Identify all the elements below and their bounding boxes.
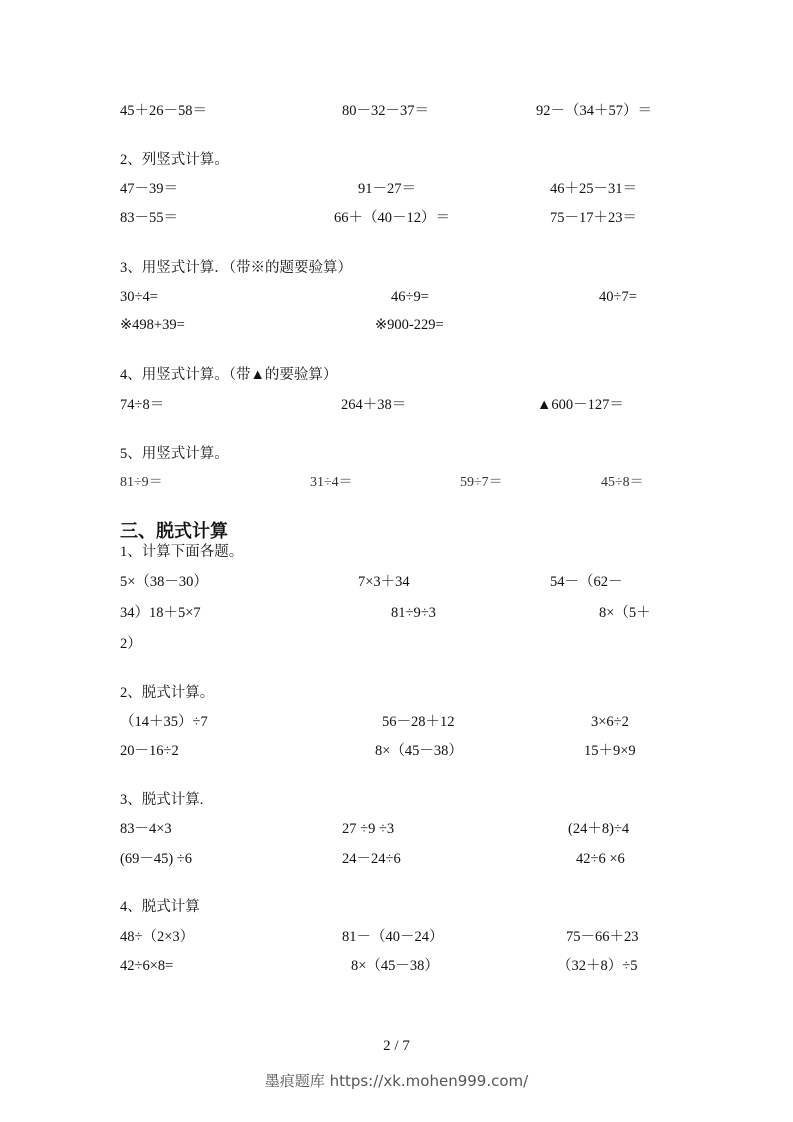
problem: ▲600－127＝ xyxy=(537,396,624,414)
section-title: 三、脱式计算 xyxy=(120,521,228,543)
problem: 15＋9×9 xyxy=(584,742,636,760)
problem: 46÷9= xyxy=(391,288,429,306)
problem: 42÷6×8= xyxy=(120,957,173,975)
problem: 8×（5＋ xyxy=(599,604,651,622)
problem: 81÷9＝ xyxy=(120,474,163,492)
problem: 75－66＋23 xyxy=(566,928,639,946)
problem: 66＋（40－12）＝ xyxy=(334,209,450,227)
problem: 47－39＝ xyxy=(120,180,178,198)
problem: 34）18＋5×7 xyxy=(120,604,201,622)
problem: 83－4×3 xyxy=(120,820,172,838)
problem: 74÷8＝ xyxy=(120,396,164,414)
problem: 5×（38－30） xyxy=(120,573,208,591)
problem: 45÷8＝ xyxy=(601,474,644,492)
problem: 56－28＋12 xyxy=(382,713,455,731)
problem: 3×6÷2 xyxy=(591,713,629,731)
problem: 31÷4＝ xyxy=(310,474,353,492)
problem: 83－55＝ xyxy=(120,209,178,227)
problem: （32＋8）÷5 xyxy=(557,957,637,975)
problem: ※498+39= xyxy=(120,316,185,334)
question-heading: 3、用竖式计算．（带※的题要验算） xyxy=(120,259,352,277)
footer-watermark: 墨痕题库 https://xk.mohen999.com/ xyxy=(0,1070,793,1091)
problem: 264＋38＝ xyxy=(341,396,406,414)
page-number: 2 / 7 xyxy=(0,1038,793,1055)
problem: （14＋35）÷7 xyxy=(120,713,208,731)
problem: 20－16÷2 xyxy=(120,742,179,760)
problem: 75－17＋23＝ xyxy=(550,209,637,227)
problem: 40÷7= xyxy=(599,288,637,306)
problem: 92－（34＋57）＝ xyxy=(536,102,652,120)
problem: 81－（40－24） xyxy=(342,928,444,946)
question-heading: 1、计算下面各题。 xyxy=(120,543,243,561)
problem: ※900-229= xyxy=(375,316,444,334)
problem: 48÷（2×3） xyxy=(120,928,194,946)
problem: 46＋25－31＝ xyxy=(550,180,637,198)
problem: 81÷9÷3 xyxy=(391,604,436,622)
problem: 80－32－37＝ xyxy=(342,102,429,120)
problem: 45＋26－58＝ xyxy=(120,102,207,120)
problem: 7×3＋34 xyxy=(358,573,410,591)
question-heading: 5、用竖式计算。 xyxy=(120,445,229,463)
problem: 27 ÷9 ÷3 xyxy=(342,820,394,838)
question-heading: 2、脱式计算。 xyxy=(120,684,214,702)
question-heading: 4、用竖式计算。（带▲的要验算） xyxy=(120,366,337,384)
problem: 2） xyxy=(120,635,142,653)
problem: 59÷7＝ xyxy=(460,474,503,492)
problem: (69－45) ÷6 xyxy=(120,850,192,868)
problem: 8×（45－38） xyxy=(351,957,439,975)
problem: 8×（45－38） xyxy=(375,742,463,760)
problem: 42÷6 ×6 xyxy=(576,850,625,868)
question-heading: 2、列竖式计算。 xyxy=(120,151,229,169)
problem: 91－27＝ xyxy=(358,180,416,198)
problem: 24－24÷6 xyxy=(342,850,401,868)
question-heading: 3、脱式计算. xyxy=(120,791,203,809)
question-heading: 4、脱式计算 xyxy=(120,898,200,916)
problem: (24＋8)÷4 xyxy=(568,820,629,838)
problem: 30÷4= xyxy=(120,288,158,306)
problem: 54－（62－ xyxy=(550,573,623,591)
